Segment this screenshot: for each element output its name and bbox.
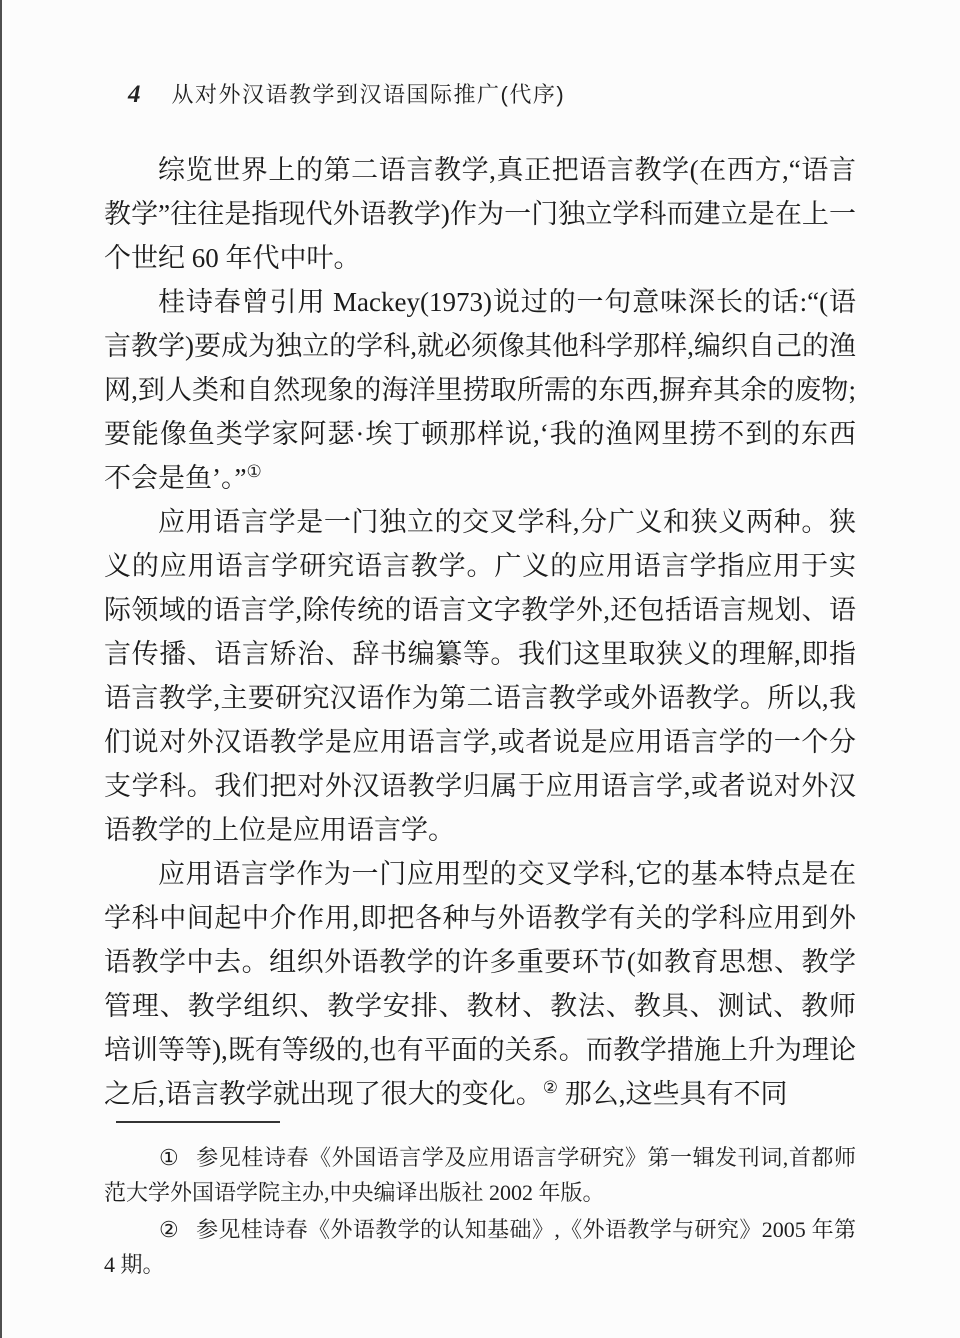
footnote-number: ② — [159, 1217, 179, 1242]
book-page: 4 从对外汉语教学到汉语国际推广(代序) 综览世界上的第二语言教学,真正把语言教… — [0, 0, 960, 1338]
page-number: 4 — [128, 81, 141, 109]
paragraph: 应用语言学作为一门应用型的交叉学科,它的基本特点是在学科中间起中介作用,即把各种… — [104, 852, 856, 1116]
page-header: 4 从对外汉语教学到汉语国际推广(代序) — [128, 78, 565, 109]
footnote-number: ① — [159, 1145, 179, 1170]
running-title: 从对外汉语教学到汉语国际推广(代序) — [172, 78, 566, 109]
footnote-marker: ② — [543, 1078, 558, 1097]
footnote-item: ①参见桂诗春《外国语言学及应用语言学研究》第一辑发刊词,首都师范大学外国语学院主… — [104, 1140, 856, 1210]
paragraph: 应用语言学是一门独立的交叉学科,分广义和狭义两种。狭义的应用语言学研究语言教学。… — [104, 500, 856, 852]
scan-edge-artifact — [0, 0, 2, 1338]
footnote-marker: ① — [246, 462, 261, 481]
paragraph: 综览世界上的第二语言教学,真正把语言教学(在西方,“语言教学”往往是指现代外语教… — [104, 148, 856, 280]
footnotes: ①参见桂诗春《外国语言学及应用语言学研究》第一辑发刊词,首都师范大学外国语学院主… — [104, 1140, 856, 1284]
body-text: 综览世界上的第二语言教学,真正把语言教学(在西方,“语言教学”往往是指现代外语教… — [104, 148, 856, 1116]
footnote-item: ②参见桂诗春《外语教学的认知基础》,《外语教学与研究》2005 年第 4 期。 — [104, 1212, 856, 1282]
footnote-divider — [116, 1121, 280, 1123]
paragraph: 桂诗春曾引用 Mackey(1973)说过的一句意味深长的话:“(语言教学)要成… — [104, 280, 856, 500]
